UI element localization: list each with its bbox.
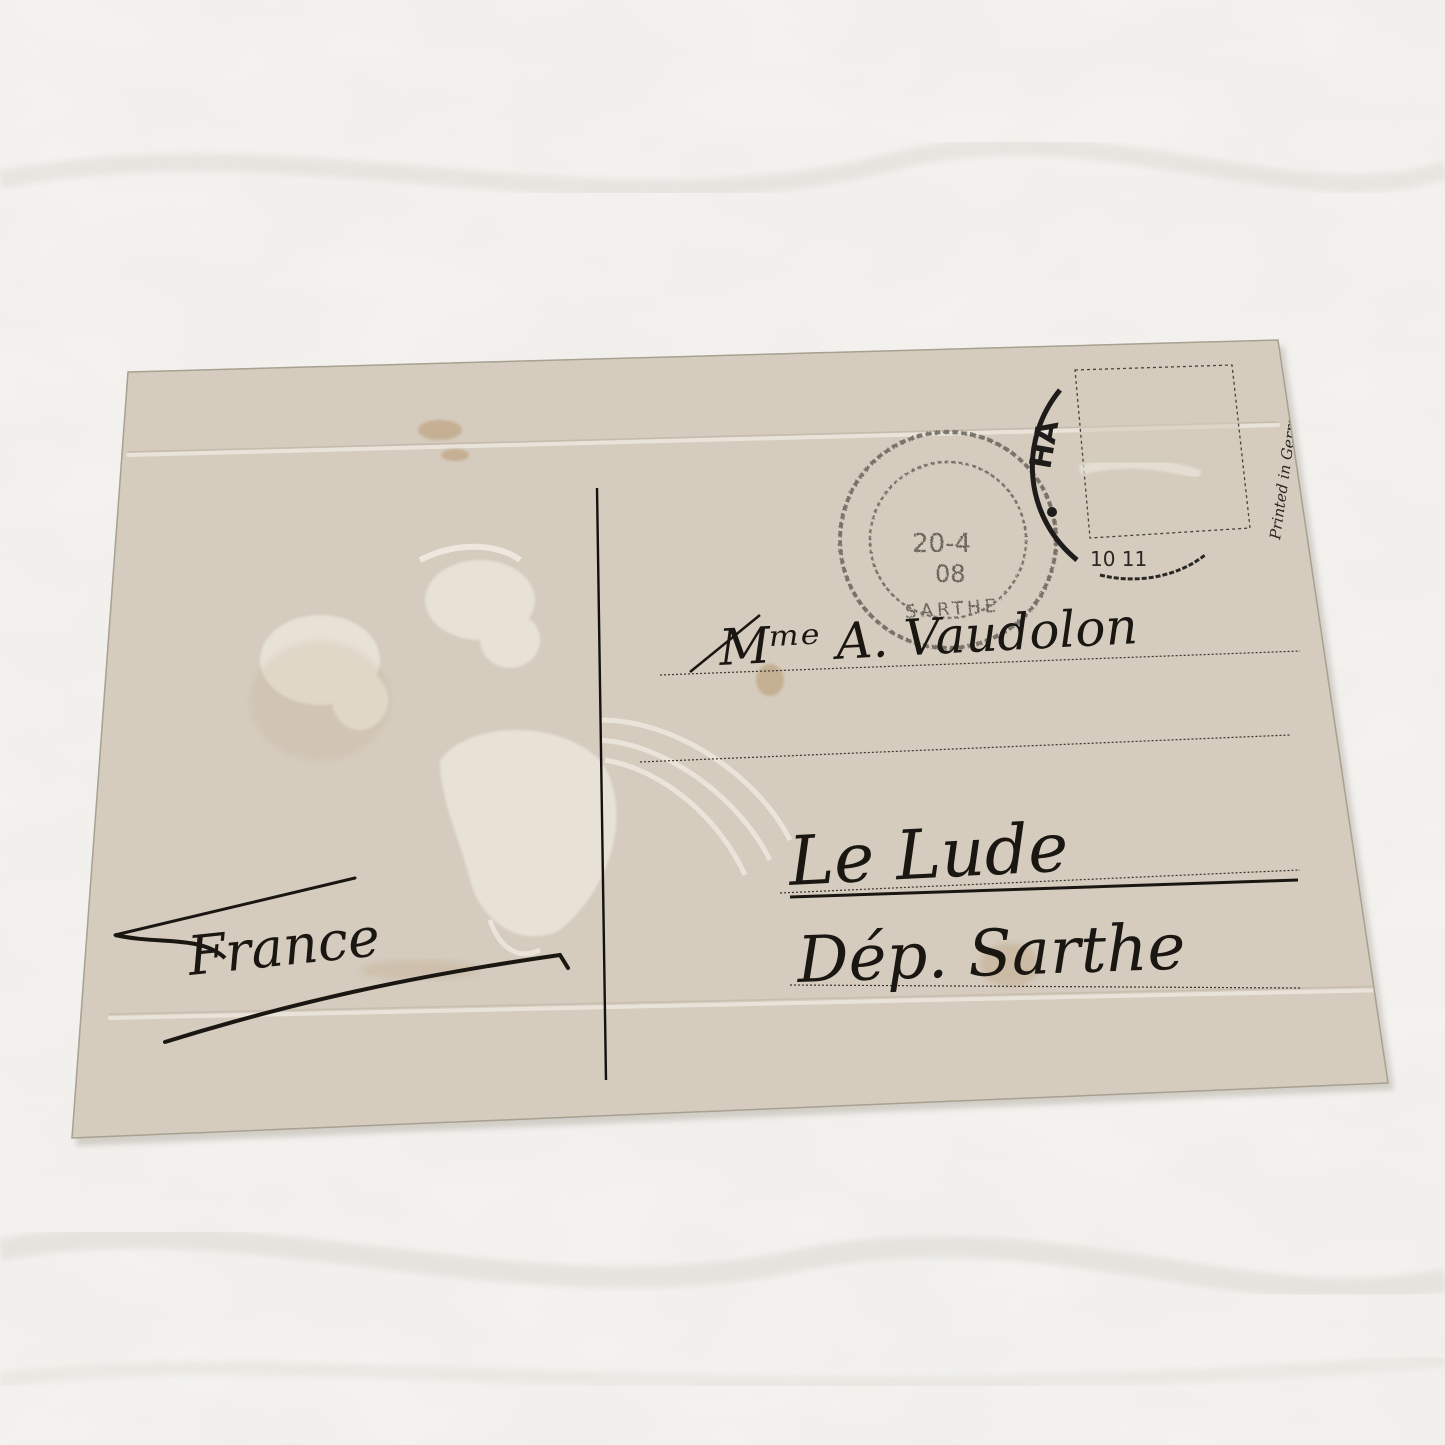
photo-scene: 20-4 08 SARTHE HA 10 11 Printed in Germa… [0, 0, 1445, 1445]
address-line3: Le Lude [785, 808, 1070, 902]
postmark-ring-fragment: 10 11 [1090, 547, 1147, 571]
postmark-year: 08 [935, 560, 966, 588]
address-line4: Dép. Sarthe [795, 910, 1187, 998]
postmark-star [1047, 507, 1057, 517]
postmark-date: 20-4 [912, 529, 971, 559]
stamp-box [1075, 365, 1250, 538]
postcard: 20-4 08 SARTHE HA 10 11 Printed in Germa… [72, 340, 1388, 1138]
